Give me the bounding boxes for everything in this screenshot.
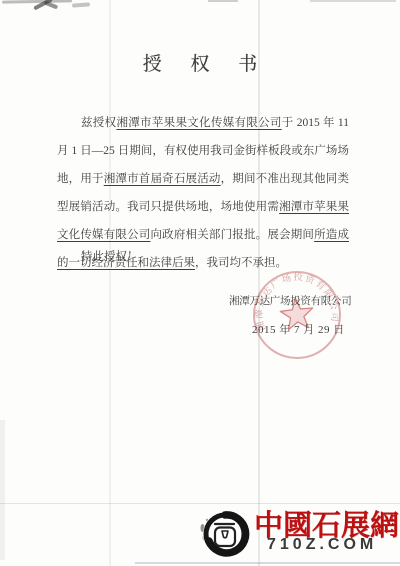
stone-seal-icon — [199, 508, 251, 560]
scan-smudge — [2, 0, 72, 4]
signature-company: 湘潭万达广场投资有限公司 — [229, 293, 351, 308]
closing-line: 特此授权！ — [57, 243, 139, 271]
document-title: 授 权 书 — [0, 49, 400, 76]
red-company-seal: 湘潭万达广场投资有限公司 — [246, 264, 347, 365]
watermark-site-url: 710Z.COM — [267, 536, 377, 554]
paragraph-segment: 湘潭市苹果果文化传媒有限公司 — [116, 117, 281, 129]
paragraph-segment: 兹授权 — [81, 117, 116, 129]
scan-edge-shadow — [0, 420, 5, 560]
paragraph-segment: ，我司均不承担。 — [195, 257, 287, 269]
scan-smudge — [208, 0, 238, 2]
scan-smudge — [72, 2, 90, 7]
vertical-fold-line — [109, 0, 111, 566]
scan-smudge — [310, 0, 396, 2]
signature-date: 2015 年 7 月 29 日 — [252, 321, 345, 337]
paragraph-segment: 湘潭市首届奇石展活动 — [104, 173, 221, 185]
scanned-authorization-letter: 授 权 书 兹授权湘潭市苹果果文化传媒有限公司于 2015 年 11 月 1 日… — [0, 0, 400, 566]
paragraph-segment: 向政府相关部门报批。展会期间 — [151, 229, 315, 241]
horizontal-scan-line — [135, 562, 400, 564]
